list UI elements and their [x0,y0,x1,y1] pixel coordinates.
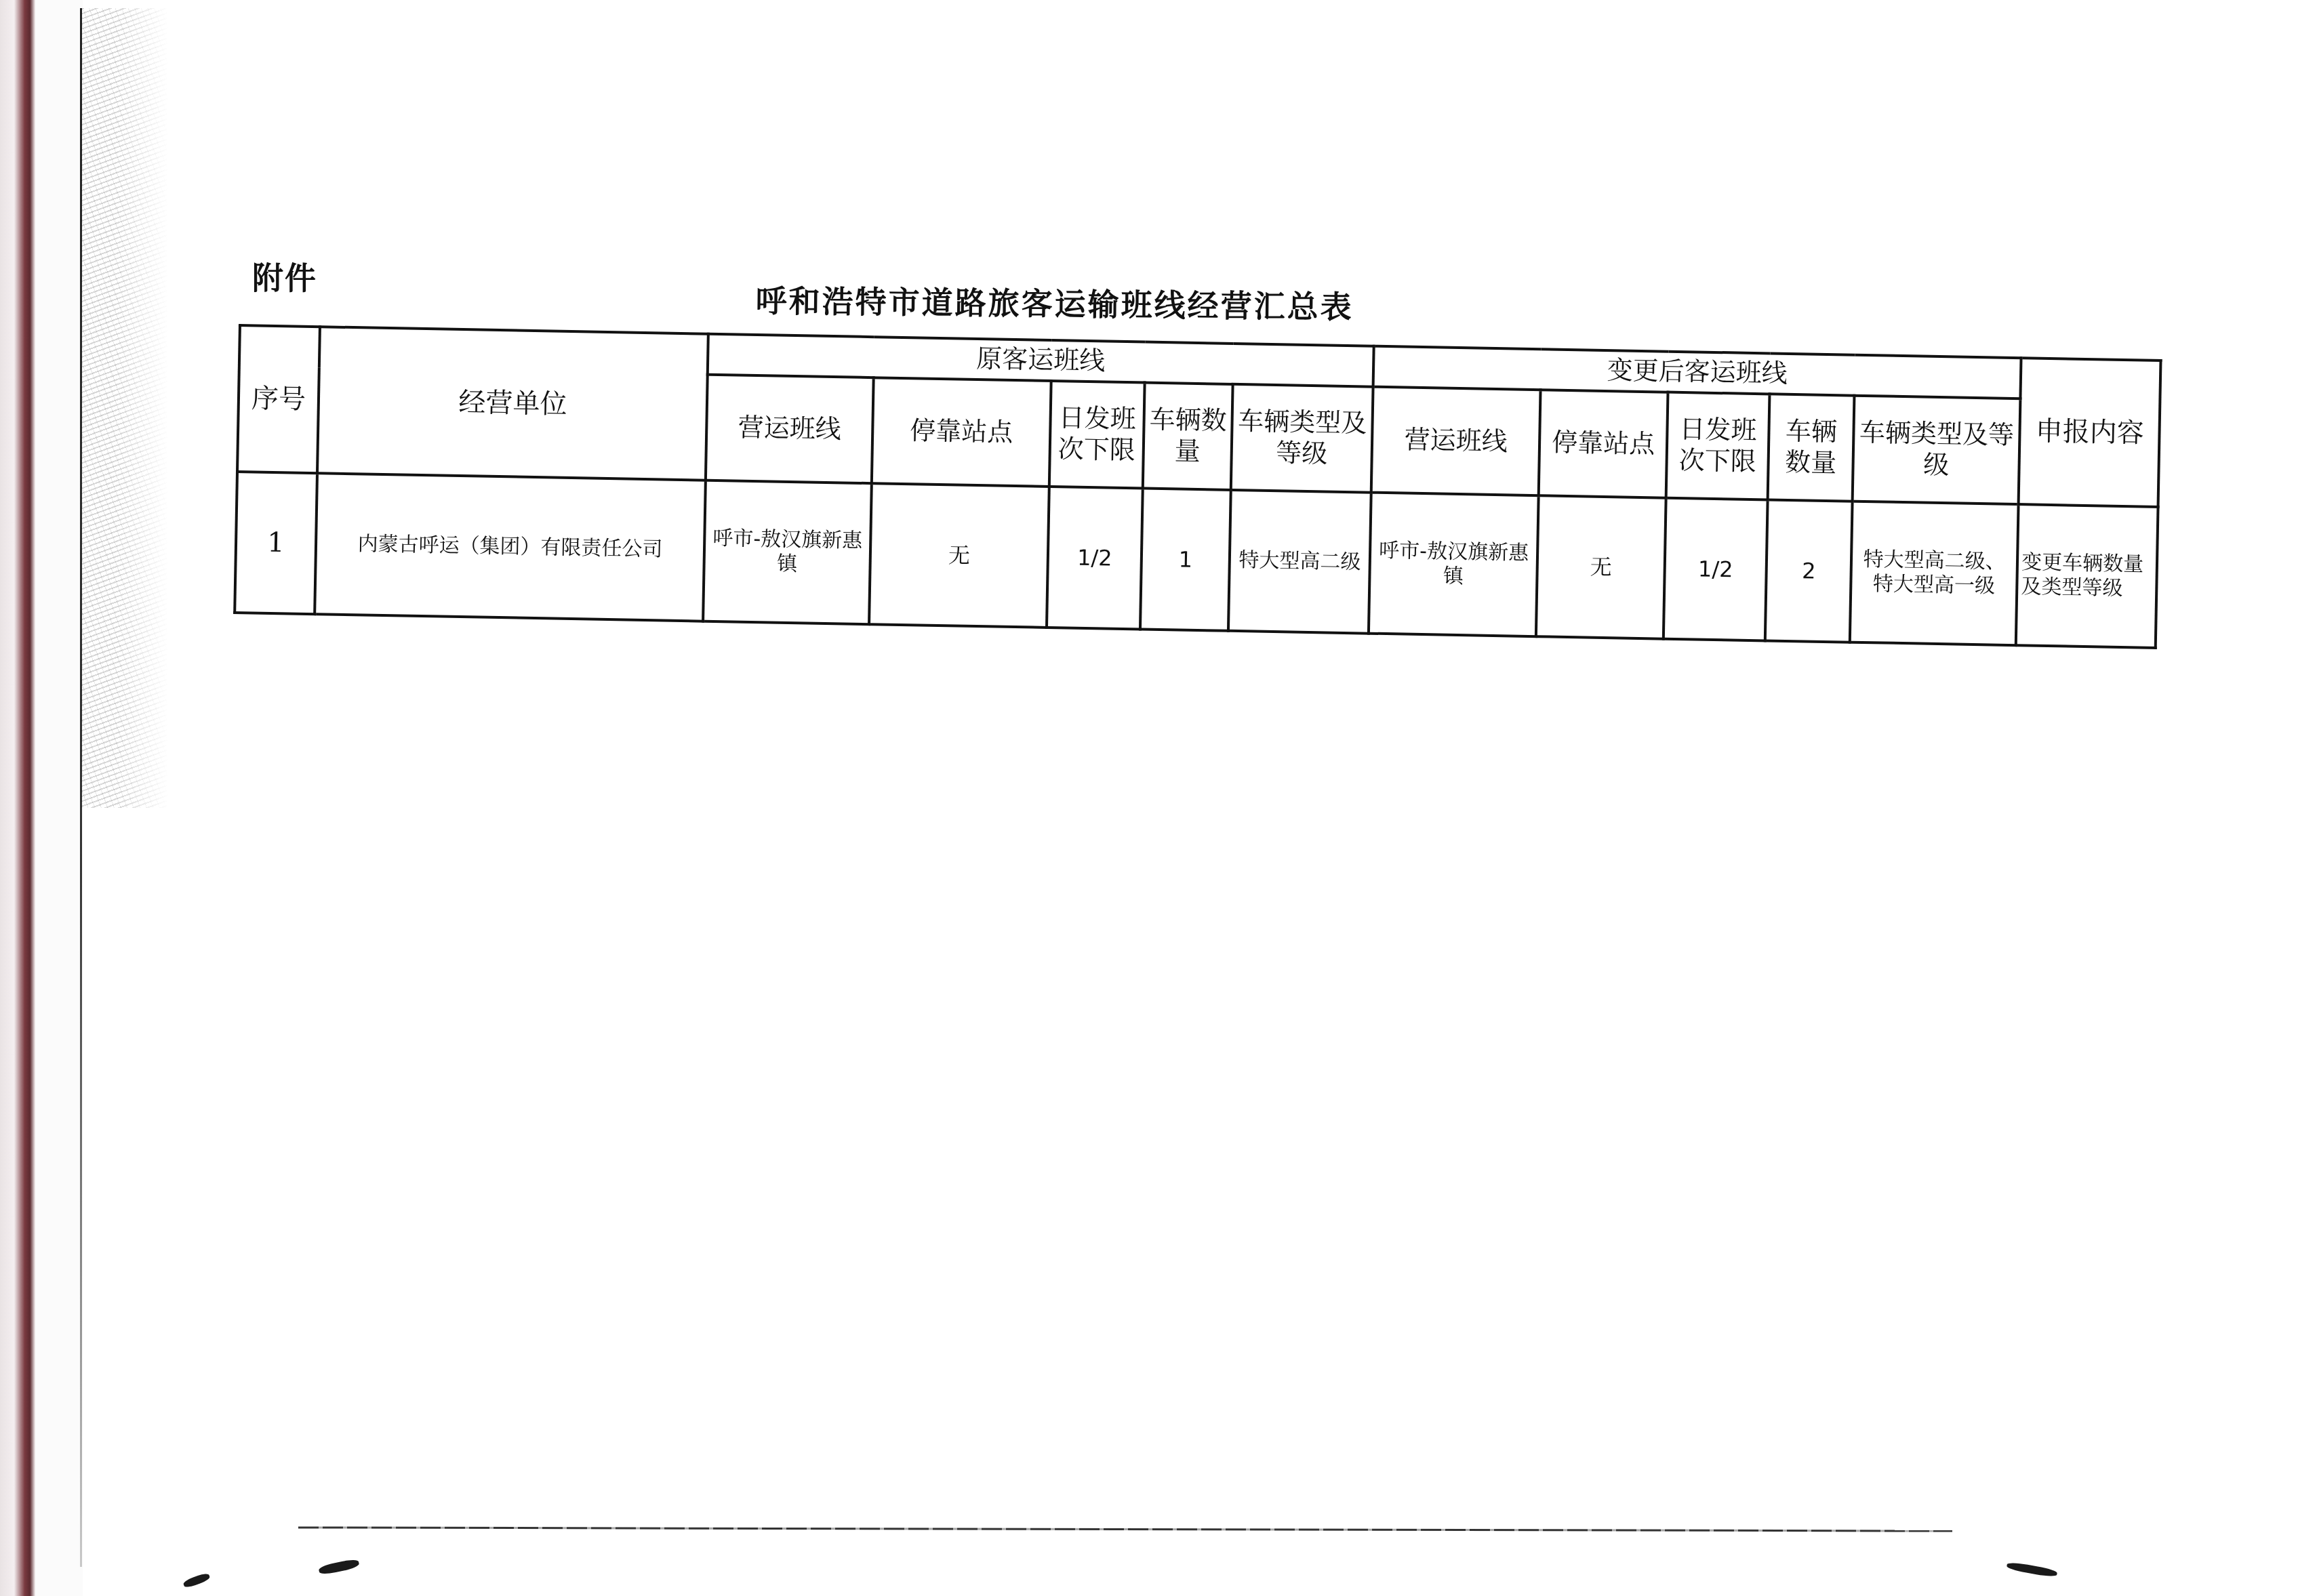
cell-operator: 内蒙古呼运（集团）有限责任公司 [315,473,706,621]
header-seq: 序号 [237,325,320,473]
header-original-daily-min-trips: 日发班次下限 [1049,381,1145,489]
cell-original-vehicle-type: 特大型高二级 [1228,490,1371,634]
attachment-label: 附件 [252,253,317,298]
scan-margin [35,0,83,1596]
cell-original-route: 呼市-敖汉旗新惠镇 [703,480,872,624]
cell-original-vehicle-count: 1 [1140,488,1231,630]
header-changed-daily-min-trips: 日发班次下限 [1666,392,1770,500]
summary-table: 序号 经营单位 原客运班线 变更后客运班线 申报内容 营运班线 停靠站点 日发班… [233,324,2162,649]
header-changed-vehicle-count: 车辆数量 [1768,394,1855,501]
header-changed-vehicle-type: 车辆类型及等级 [1853,396,2021,504]
scan-blot [318,1558,360,1576]
document-title: 呼和浩特市道路旅客运输班线经营汇总表 [755,277,1354,327]
header-original-vehicle-count: 车辆数量 [1143,383,1233,490]
header-changed-route: 营运班线 [1371,387,1541,496]
header-original-vehicle-type: 车辆类型及等级 [1231,384,1373,493]
header-changed-stops: 停靠站点 [1539,390,1668,497]
scan-page-edge [0,0,35,1596]
summary-table-container: 序号 经营单位 原客运班线 变更后客运班线 申报内容 营运班线 停靠站点 日发班… [233,324,2162,649]
cell-changed-vehicle-type: 特大型高二级、特大型高一级 [1850,502,2019,645]
cell-changed-daily-min-trips: 1/2 [1664,498,1768,641]
cell-changed-stops: 无 [1536,495,1666,638]
cell-changed-vehicle-count: 2 [1765,499,1853,642]
scan-bottom-line [298,1526,1952,1532]
cell-original-daily-min-trips: 1/2 [1047,487,1143,629]
scan-noise [81,8,169,808]
header-application: 申报内容 [2019,358,2161,507]
scan-blot [2007,1561,2058,1578]
cell-original-stops: 无 [869,483,1049,628]
cell-application: 变更车辆数量及类型等级 [2016,504,2158,648]
header-operator: 经营单位 [317,327,708,480]
cell-changed-route: 呼市-敖汉旗新惠镇 [1369,493,1539,636]
header-original-route: 营运班线 [706,375,874,483]
header-original-stops: 停靠站点 [872,377,1051,487]
cell-seq: 1 [235,472,317,614]
scan-blot [182,1572,211,1589]
